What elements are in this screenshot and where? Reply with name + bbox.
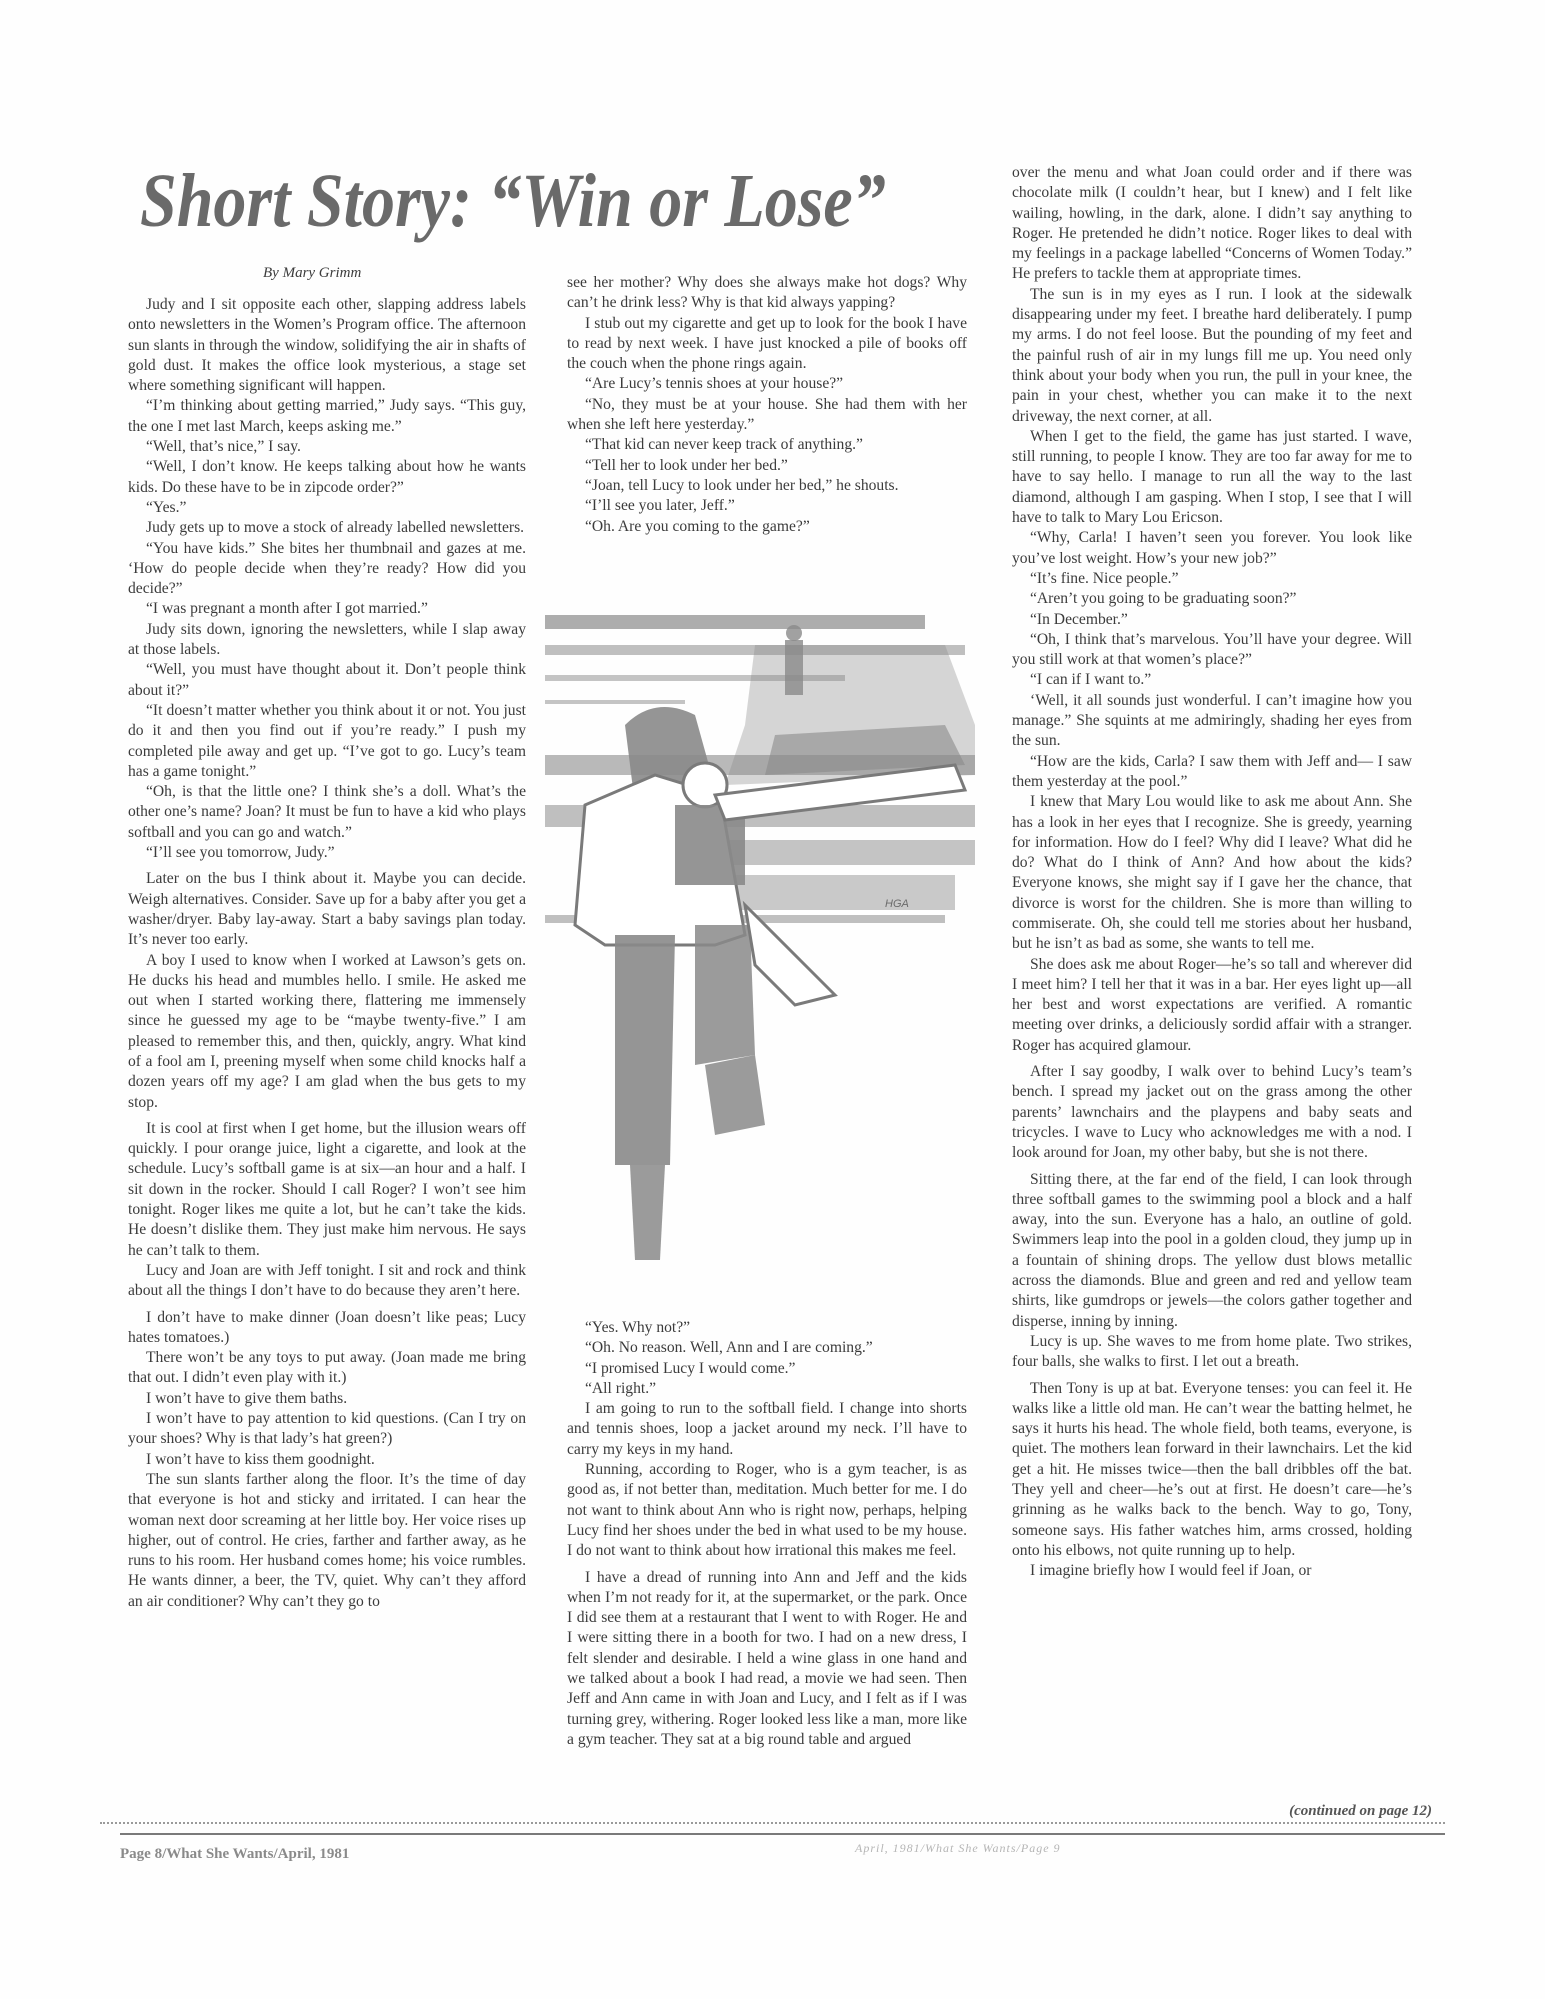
footer-rule (120, 1833, 1445, 1835)
paragraph: I have a dread of running into Ann and J… (567, 1568, 967, 1751)
paragraph: “Well, I don’t know. He keeps talking ab… (128, 457, 526, 498)
paragraph: The sun slants farther along the floor. … (128, 1470, 526, 1612)
continued-note: (continued on page 12) (1289, 1803, 1432, 1820)
story-illustration: HGA (545, 605, 975, 1305)
paragraph: Running, according to Roger, who is a gy… (567, 1460, 967, 1561)
column-1: Judy and I sit opposite each other, slap… (128, 295, 526, 1612)
paragraph: “Aren’t you going to be graduating soon?… (1012, 589, 1412, 609)
paragraph: “I’m thinking about getting married,” Ju… (128, 396, 526, 437)
paragraph: “Well, that’s nice,” I say. (128, 437, 526, 457)
paragraph: A boy I used to know when I worked at La… (128, 951, 526, 1113)
paragraph: “Joan, tell Lucy to look under her bed,”… (567, 476, 967, 496)
paragraph: “Yes. Why not?” (567, 1318, 967, 1338)
paragraph: “Why, Carla! I haven’t seen you forever.… (1012, 528, 1412, 569)
paragraph: “Oh. No reason. Well, Ann and I are comi… (567, 1338, 967, 1358)
paragraph: Judy gets up to move a stock of already … (128, 518, 526, 538)
paragraph: “Oh, is that the little one? I think she… (128, 782, 526, 843)
paragraph: I don’t have to make dinner (Joan doesn’… (128, 1308, 526, 1349)
byline: By Mary Grimm (263, 265, 361, 282)
dotted-divider (100, 1822, 1445, 1824)
paragraph: “You have kids.” She bites her thumbnail… (128, 539, 526, 600)
paragraph: I stub out my cigarette and get up to lo… (567, 314, 967, 375)
paragraph: I won’t have to give them baths. (128, 1389, 526, 1409)
paragraph: “It doesn’t matter whether you think abo… (128, 701, 526, 782)
paragraph: “Well, you must have thought about it. D… (128, 660, 526, 701)
bleed-through-footer: April, 1981/What She Wants/Page 9 (855, 1841, 1061, 1856)
paragraph: “I’ll see you tomorrow, Judy.” (128, 843, 526, 863)
paragraph: It is cool at first when I get home, but… (128, 1119, 526, 1261)
paragraph: “I was pregnant a month after I got marr… (128, 599, 526, 619)
paragraph: see her mother? Why does she always make… (567, 273, 967, 314)
paragraph: “I can if I want to.” (1012, 670, 1412, 690)
paragraph: “Tell her to look under her bed.” (567, 456, 967, 476)
paragraph: ‘Well, it all sounds just wonderful. I c… (1012, 691, 1412, 752)
paragraph: “Yes.” (128, 498, 526, 518)
paragraph: She does ask me about Roger—he’s so tall… (1012, 955, 1412, 1056)
paragraph: “In December.” (1012, 610, 1412, 630)
paragraph: “Oh. Are you coming to the game?” (567, 517, 967, 537)
paragraph: I won’t have to kiss them goodnight. (128, 1450, 526, 1470)
paragraph: There won’t be any toys to put away. (Jo… (128, 1348, 526, 1389)
paragraph: “It’s fine. Nice people.” (1012, 569, 1412, 589)
paragraph: When I get to the field, the game has ju… (1012, 427, 1412, 528)
paragraph: “I’ll see you later, Jeff.” (567, 496, 967, 516)
paragraph: “Are Lucy’s tennis shoes at your house?” (567, 374, 967, 394)
paragraph: Lucy and Joan are with Jeff tonight. I s… (128, 1261, 526, 1302)
column-2-top: see her mother? Why does she always make… (567, 273, 967, 537)
paragraph: “No, they must be at your house. She had… (567, 395, 967, 436)
page-footer: Page 8/What She Wants/April, 1981 (120, 1846, 349, 1863)
newspaper-page: Short Story: “Win or Lose” By Mary Grimm… (0, 0, 1545, 1999)
paragraph: “I promised Lucy I would come.” (567, 1359, 967, 1379)
paragraph: “All right.” (567, 1379, 967, 1399)
paragraph: I won’t have to pay attention to kid que… (128, 1409, 526, 1450)
paragraph: I am going to run to the softball field.… (567, 1399, 967, 1460)
paragraph: Then Tony is up at bat. Everyone tenses:… (1012, 1379, 1412, 1562)
paragraph: The sun is in my eyes as I run. I look a… (1012, 285, 1412, 427)
paragraph: I imagine briefly how I would feel if Jo… (1012, 1561, 1412, 1581)
paragraph: Judy and I sit opposite each other, slap… (128, 295, 526, 396)
paragraph: “How are the kids, Carla? I saw them wit… (1012, 752, 1412, 793)
column-3: over the menu and what Joan could order … (1012, 163, 1412, 1581)
paragraph: Judy sits down, ignoring the newsletters… (128, 620, 526, 661)
paragraph: over the menu and what Joan could order … (1012, 163, 1412, 285)
paragraph: Lucy is up. She waves to me from home pl… (1012, 1332, 1412, 1373)
paragraph: “That kid can never keep track of anythi… (567, 435, 967, 455)
article-title: Short Story: “Win or Lose” (140, 158, 886, 245)
paragraph: Sitting there, at the far end of the fie… (1012, 1170, 1412, 1332)
paragraph: “Oh, I think that’s marvelous. You’ll ha… (1012, 630, 1412, 671)
paragraph: After I say goodby, I walk over to behin… (1012, 1062, 1412, 1163)
paragraph: I knew that Mary Lou would like to ask m… (1012, 792, 1412, 954)
paragraph: Later on the bus I think about it. Maybe… (128, 869, 526, 950)
illustration-signature: HGA (885, 898, 909, 910)
column-2-bottom: “Yes. Why not?” “Oh. No reason. Well, An… (567, 1318, 967, 1750)
